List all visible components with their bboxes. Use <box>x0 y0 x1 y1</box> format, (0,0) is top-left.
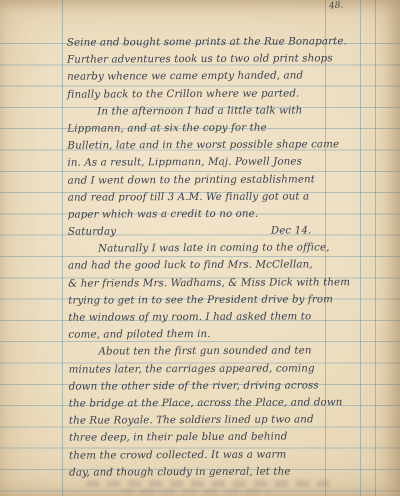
page-number: 48. <box>329 1 344 12</box>
handwritten-line: Seine and bought some prints at the Rue … <box>67 33 323 52</box>
left-margin-rule <box>62 0 63 496</box>
ledger-column-rule-3 <box>375 0 376 496</box>
handwritten-line: in. As a result, Lippmann, Maj. Powell J… <box>67 154 323 173</box>
handwritten-line: and read proof till 3 A.M. We finally go… <box>68 188 324 207</box>
handwritten-line: them the crowd collected. It was a warm <box>69 446 325 465</box>
handwritten-line: the windows of my room. I had asked them… <box>68 308 324 327</box>
handwritten-line: and I went down to the printing establis… <box>68 171 324 190</box>
handwritten-line: and had the good luck to find Mrs. McCle… <box>68 257 324 276</box>
notebook-page: 48. Seine and bought some prints at the … <box>0 0 400 496</box>
handwritten-line: come, and piloted them in. <box>68 326 324 345</box>
diary-entry-text: Seine and bought some prints at the Rue … <box>67 33 325 481</box>
entry-date: Dec 14. <box>271 222 312 239</box>
handwritten-line: Naturally I was late in coming to the of… <box>68 240 324 259</box>
handwritten-line: Further adventures took us to two old pr… <box>67 51 323 70</box>
handwritten-line: trying to get in to see the President dr… <box>68 291 324 310</box>
handwritten-line: nearby whence we came empty handed, and <box>67 68 323 87</box>
handwritten-line: About ten the first gun sounded and ten <box>68 343 324 362</box>
handwritten-line: finally back to the Crillon where we par… <box>67 85 323 104</box>
entry-heading-line: Saturday Dec 14. <box>68 222 324 241</box>
handwritten-line: & her friends Mrs. Wadhams, & Miss Dick … <box>68 274 324 293</box>
handwritten-line: three deep, in their pale blue and behin… <box>69 429 325 448</box>
handwritten-line: minutes later, the carriages appeared, c… <box>69 360 325 379</box>
handwritten-line: Bulletin, late and in the worst possible… <box>67 136 323 155</box>
handwritten-line: the Rue Royale. The soldiers lined up tw… <box>69 411 325 430</box>
handwritten-line: Lippmann, and at six the copy for the <box>67 119 323 138</box>
handwritten-line: down the other side of the river, drivin… <box>69 377 325 396</box>
handwritten-line: paper which was a credit to no one. <box>68 205 324 224</box>
handwritten-line: day, and though cloudy in general, let t… <box>69 463 325 482</box>
day-heading: Saturday <box>68 225 116 237</box>
handwritten-line: In the afternoon I had a little talk wit… <box>67 102 323 121</box>
handwritten-line: the bridge at the Place, across the Plac… <box>69 394 325 413</box>
ledger-column-rule-2 <box>360 0 361 496</box>
